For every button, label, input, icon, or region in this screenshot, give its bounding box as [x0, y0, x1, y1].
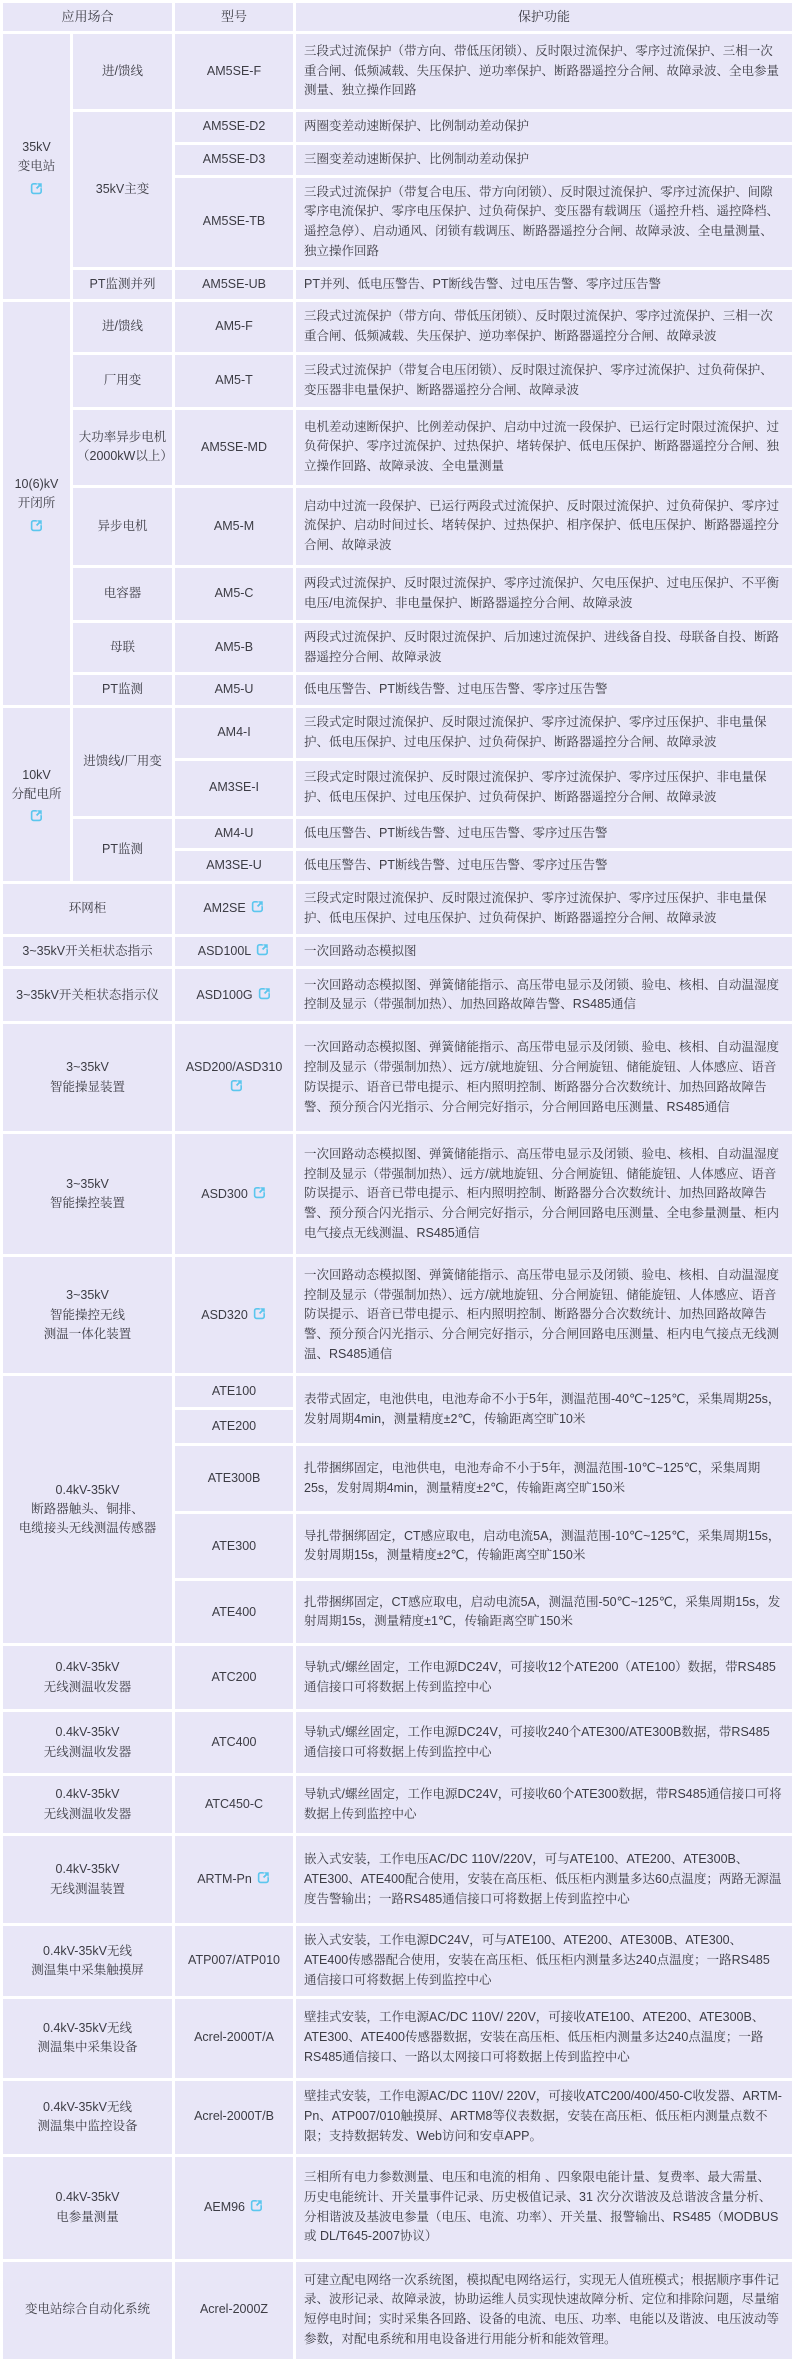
external-link-icon[interactable]: [250, 899, 265, 914]
function-cell: 三段式过流保护（带复合电压闭锁）、反时限过流保护、零序过流保护、过负荷保护、变压…: [295, 353, 792, 408]
application-subcell: 电容器: [72, 566, 174, 621]
model-cell: AM5SE-TB: [174, 176, 295, 268]
external-link-icon[interactable]: [29, 181, 44, 196]
cell-text: AM5-M: [214, 519, 254, 533]
model-cell: ATE200: [174, 1409, 295, 1445]
model-cell: ASD100L: [174, 935, 295, 968]
model-cell: AM5-M: [174, 486, 295, 566]
table-header-row: 应用场合 型号 保护功能: [2, 2, 792, 33]
application-cell: 35kV 变电站: [2, 33, 72, 301]
model-cell: ASD300: [174, 1133, 295, 1256]
function-cell: 壁挂式安装，工作电源AC/DC 110V/ 220V，可接收ATC200/400…: [295, 2079, 792, 2155]
table-row: 0.4kV-35kV 断路器触头、铜排、 电缆接头无线测温传感器ATE100表带…: [2, 1375, 792, 1409]
table-row: 大功率异步电机（2000kW以上）AM5SE-MD电机差动速断保护、比例差动保护…: [2, 408, 792, 486]
model-cell: ATP007/ATP010: [174, 1925, 295, 1997]
application-cell: 3~35kV 智能操控无线 测温一体化装置: [2, 1256, 174, 1375]
function-cell: 导扎带捆绑固定，CT感应取电，启动电流5A，测温范围-10℃~125℃，采集周期…: [295, 1513, 792, 1580]
cell-text: 三段式过流保护（带复合电压、带方向闭锁）、反时限过流保护、零序过流保护、间隙零序…: [304, 185, 779, 258]
table-row: 3~35kV开关柜状态指示ASD100L一次回路动态模拟图: [2, 935, 792, 968]
function-cell: PT并列、低电压警告、PT断线告警、过电压告警、零序过压告警: [295, 268, 792, 301]
cell-text: 0.4kV-35kV 无线测温收发器: [44, 1725, 132, 1758]
function-cell: 表带式固定，电池供电，电池寿命不小于5年，测温范围-40℃~125℃，采集周期2…: [295, 1375, 792, 1445]
cell-text: AM4-I: [217, 725, 250, 739]
model-cell: ATE100: [174, 1375, 295, 1409]
cell-text: 3~35kV 智能操显装置: [50, 1060, 125, 1093]
cell-text: 35kV主变: [96, 182, 150, 196]
application-cell: 10(6)kV 开闭所: [2, 301, 72, 707]
table-row: 3~35kV 智能操控装置ASD300一次回路动态模拟图、弹簧储能指示、高压带电…: [2, 1133, 792, 1256]
function-cell: 一次回路动态模拟图: [295, 935, 792, 968]
function-cell: 低电压警告、PT断线告警、过电压告警、零序过压告警: [295, 817, 792, 850]
cell-text: AM5SE-MD: [201, 440, 267, 454]
table-row: 35kV主变AM5SE-D2两圈变差动速断保护、比例制动差动保护: [2, 111, 792, 144]
function-cell: 三段式过流保护（带方向、带低压闭锁）、反时限过流保护、零序过流保护、三相一次重合…: [295, 301, 792, 354]
external-link-icon[interactable]: [252, 1306, 267, 1321]
cell-text: PT并列、低电压警告、PT断线告警、过电压告警、零序过压告警: [304, 277, 661, 291]
cell-text: 导轨式/螺丝固定，工作电源DC24V，可接收12个ATE200（ATE100）数…: [304, 1660, 776, 1694]
table-row: 0.4kV-35kV 无线测温收发器ATC200导轨式/螺丝固定，工作电源DC2…: [2, 1645, 792, 1711]
function-cell: 导轨式/螺丝固定，工作电源DC24V，可接收240个ATE300/ATE300B…: [295, 1711, 792, 1775]
model-cell: AM5-C: [174, 566, 295, 621]
cell-text: 3~35kV开关柜状态指示仪: [16, 988, 159, 1002]
cell-text: 表带式固定，电池供电，电池寿命不小于5年，测温范围-40℃~125℃，采集周期2…: [304, 1392, 780, 1426]
table-body: 35kV 变电站进/馈线AM5SE-F三段式过流保护（带方向、带低压闭锁）、反时…: [2, 33, 792, 2361]
cell-text: AM5SE-F: [207, 64, 261, 78]
table-row: PT监测AM5-U低电压警告、PT断线告警、过电压告警、零序过压告警: [2, 674, 792, 707]
model-cell: AM5SE-MD: [174, 408, 295, 486]
cell-text: 三段式定时限过流保护、反时限过流保护、零序过流保护、零序过压保护、非电量保护、低…: [304, 891, 767, 925]
cell-text: 扎带捆绑固定，电池供电，电池寿命不小于5年，测温范围-10℃~125℃，采集周期…: [304, 1461, 760, 1495]
application-cell: 3~35kV 智能操显装置: [2, 1023, 174, 1133]
function-cell: 扎带捆绑固定，电池供电，电池寿命不小于5年，测温范围-10℃~125℃，采集周期…: [295, 1445, 792, 1513]
model-cell: ARTM-Pn: [174, 1835, 295, 1925]
cell-text: AM5-C: [215, 586, 254, 600]
cell-text: 三段式过流保护（带方向、带低压闭锁）、反时限过流保护、零序过流保护、三相一次重合…: [304, 309, 773, 343]
table-row: 母联AM5-B两段式过流保护、反时限过流保护、后加速过流保护、进线备自投、母联备…: [2, 621, 792, 674]
cell-text: 嵌入式安装，工作电压AC/DC 110V/220V，可与ATE100、ATE20…: [304, 1852, 781, 1906]
cell-text: 0.4kV-35kV无线 测温集中采集触摸屏: [31, 1944, 144, 1977]
application-cell: 3~35kV开关柜状态指示: [2, 935, 174, 968]
function-cell: 两段式过流保护、反时限过流保护、后加速过流保护、进线备自投、母联备自投、断路器遥…: [295, 621, 792, 674]
cell-text: 嵌入式安装，工作电源DC24V，可与ATE100、ATE200、ATE300B、…: [304, 1933, 770, 1987]
application-cell: 0.4kV-35kV无线 测温集中监控设备: [2, 2079, 174, 2155]
cell-text: ATE300B: [208, 1471, 261, 1485]
cell-text: 3~35kV开关柜状态指示: [22, 944, 152, 958]
cell-text: 3~35kV 智能操控无线 测温一体化装置: [44, 1288, 132, 1341]
external-link-icon[interactable]: [255, 942, 270, 957]
function-cell: 三段式过流保护（带复合电压、带方向闭锁）、反时限过流保护、零序过流保护、间隙零序…: [295, 176, 792, 268]
cell-text: 异步电机: [98, 519, 148, 533]
model-cell: ATC200: [174, 1645, 295, 1711]
cell-text: ATC400: [212, 1735, 257, 1749]
table-row: 0.4kV-35kV 电参量测量AEM96三相所有电力参数测量、电压和电流的相角…: [2, 2155, 792, 2260]
cell-text: AM5-B: [215, 640, 253, 654]
cell-text: ATC450-C: [205, 1797, 263, 1811]
model-cell: ATC400: [174, 1711, 295, 1775]
cell-text: AM5-F: [215, 319, 253, 333]
table-row: 异步电机AM5-M启动中过流一段保护、已运行两段式过流保护、反时限过流保护、过负…: [2, 486, 792, 566]
cell-text: PT监测: [102, 842, 143, 856]
function-cell: 一次回路动态模拟图、弹簧储能指示、高压带电显示及闭锁、验电、核相、自动温湿度控制…: [295, 1133, 792, 1256]
function-cell: 扎带捆绑固定，CT感应取电，启动电流5A，测温范围-50℃~125℃，采集周期1…: [295, 1580, 792, 1645]
model-cell: AM5SE-D3: [174, 143, 295, 176]
model-cell: ATC450-C: [174, 1775, 295, 1835]
cell-text: ATE400: [212, 1605, 256, 1619]
cell-text: ATE300: [212, 1539, 256, 1553]
model-cell: ATE300B: [174, 1445, 295, 1513]
cell-text: AM3SE-I: [209, 780, 259, 794]
function-cell: 一次回路动态模拟图、弹簧储能指示、高压带电显示及闭锁、验电、核相、自动温湿度控制…: [295, 1023, 792, 1133]
application-cell: 0.4kV-35kV 无线测温收发器: [2, 1711, 174, 1775]
cell-text: ATE200: [212, 1419, 256, 1433]
model-cell: AM3SE-U: [174, 850, 295, 883]
application-subcell: 厂用变: [72, 353, 174, 408]
application-cell: 3~35kV开关柜状态指示仪: [2, 968, 174, 1023]
model-cell: ATE400: [174, 1580, 295, 1645]
cell-text: 三段式过流保护（带复合电压闭锁）、反时限过流保护、零序过流保护、过负荷保护、变压…: [304, 363, 773, 397]
cell-text: 电容器: [104, 586, 142, 600]
application-cell: 0.4kV-35kV 电参量测量: [2, 2155, 174, 2260]
cell-text: 一次回路动态模拟图、弹簧储能指示、高压带电显示及闭锁、验电、核相、自动温湿度控制…: [304, 1147, 779, 1240]
cell-text: AM4-U: [215, 826, 254, 840]
function-cell: 可建立配电网络一次系统图，模拟配电网络运行，实现无人值班模式；根据顺序事件记录、…: [295, 2260, 792, 2360]
cell-text: 扎带捆绑固定，CT感应取电，启动电流5A，测温范围-50℃~125℃，采集周期1…: [304, 1595, 780, 1629]
model-cell: Acrel-2000T/B: [174, 2079, 295, 2155]
external-link-icon[interactable]: [229, 1078, 244, 1093]
cell-text: 10(6)kV 开闭所: [15, 477, 59, 510]
cell-text: 进/馈线: [102, 319, 143, 333]
table-row: 0.4kV-35kV无线 测温集中采集触摸屏ATP007/ATP010嵌入式安装…: [2, 1925, 792, 1997]
cell-text: 低电压警告、PT断线告警、过电压告警、零序过压告警: [304, 826, 607, 840]
table-row: 厂用变AM5-T三段式过流保护（带复合电压闭锁）、反时限过流保护、零序过流保护、…: [2, 353, 792, 408]
model-cell: Acrel-2000T/A: [174, 1997, 295, 2079]
cell-text: 壁挂式安装，工作电源AC/DC 110V/ 220V，可接收ATE100、ATE…: [304, 2010, 764, 2064]
model-cell: AM5-B: [174, 621, 295, 674]
table-row: 0.4kV-35kV无线 测温集中采集设备Acrel-2000T/A壁挂式安装，…: [2, 1997, 792, 2079]
application-subcell: 进馈线/厂用变: [72, 707, 174, 818]
cell-text: 一次回路动态模拟图、弹簧储能指示、高压带电显示及闭锁、验电、核相、自动温湿度控制…: [304, 1268, 779, 1361]
application-cell: 0.4kV-35kV 无线测温收发器: [2, 1645, 174, 1711]
model-cell: AM4-U: [174, 817, 295, 850]
model-cell: ASD100G: [174, 968, 295, 1023]
cell-text: 两段式过流保护、反时限过流保护、零序过流保护、欠电压保护、过电压保护、不平衡电压…: [304, 576, 779, 610]
function-cell: 导轨式/螺丝固定，工作电源DC24V，可接收12个ATE200（ATE100）数…: [295, 1645, 792, 1711]
model-cell: ATE300: [174, 1513, 295, 1580]
header-functions: 保护功能: [295, 2, 792, 33]
table-row: 变电站综合自动化系统Acrel-2000Z可建立配电网络一次系统图，模拟配电网络…: [2, 2260, 792, 2360]
table-row: 环网柜AM2SE三段式定时限过流保护、反时限过流保护、零序过流保护、零序过压保护…: [2, 883, 792, 936]
cell-text: 环网柜: [69, 901, 107, 915]
cell-text: ATP007/ATP010: [188, 1953, 280, 1967]
external-link-icon[interactable]: [249, 2198, 264, 2213]
function-cell: 嵌入式安装，工作电压AC/DC 110V/220V，可与ATE100、ATE20…: [295, 1835, 792, 1925]
cell-text: AM2SE: [203, 901, 245, 915]
cell-text: 0.4kV-35kV 无线测温收发器: [44, 1787, 132, 1820]
table-row: 3~35kV 智能操控无线 测温一体化装置ASD320一次回路动态模拟图、弹簧储…: [2, 1256, 792, 1375]
model-cell: AEM96: [174, 2155, 295, 2260]
model-cell: AM5SE-UB: [174, 268, 295, 301]
function-cell: 三段式定时限过流保护、反时限过流保护、零序过流保护、零序过压保护、非电量保护、低…: [295, 759, 792, 817]
application-cell: 0.4kV-35kV 无线测温收发器: [2, 1775, 174, 1835]
table-row: 0.4kV-35kV无线 测温集中监控设备Acrel-2000T/B壁挂式安装，…: [2, 2079, 792, 2155]
cell-text: PT监测并列: [90, 277, 156, 291]
table-row: 3~35kV 智能操显装置ASD200/ASD310一次回路动态模拟图、弹簧储能…: [2, 1023, 792, 1133]
cell-text: AM5SE-TB: [203, 214, 266, 228]
application-subcell: PT监测: [72, 674, 174, 707]
external-link-icon[interactable]: [257, 986, 272, 1001]
model-cell: AM5-F: [174, 301, 295, 354]
cell-text: 三段式定时限过流保护、反时限过流保护、零序过流保护、零序过压保护、非电量保护、低…: [304, 770, 767, 804]
application-cell: 变电站综合自动化系统: [2, 2260, 174, 2360]
cell-text: 三圈变差动速断保护、比例制动差动保护: [304, 152, 529, 166]
function-cell: 嵌入式安装，工作电源DC24V，可与ATE100、ATE200、ATE300B、…: [295, 1925, 792, 1997]
application-subcell: 35kV主变: [72, 111, 174, 269]
cell-text: PT监测: [102, 682, 143, 696]
function-cell: 壁挂式安装，工作电源AC/DC 110V/ 220V，可接收ATE100、ATE…: [295, 1997, 792, 2079]
external-link-icon[interactable]: [29, 518, 44, 533]
model-cell: Acrel-2000Z: [174, 2260, 295, 2360]
cell-text: 导轨式/螺丝固定，工作电源DC24V，可接收60个ATE300数据，带RS485…: [304, 1787, 782, 1821]
application-subcell: 大功率异步电机（2000kW以上）: [72, 408, 174, 486]
table-row: 10kV 分配电所进馈线/厂用变AM4-I三段式定时限过流保护、反时限过流保护、…: [2, 707, 792, 760]
application-cell: 0.4kV-35kV无线 测温集中采集设备: [2, 1997, 174, 2079]
cell-text: 三段式定时限过流保护、反时限过流保护、零序过流保护、零序过压保护、非电量保护、低…: [304, 715, 767, 749]
cell-text: 低电压警告、PT断线告警、过电压告警、零序过压告警: [304, 682, 607, 696]
application-subcell: 进/馈线: [72, 301, 174, 354]
table-row: 10(6)kV 开闭所进/馈线AM5-F三段式过流保护（带方向、带低压闭锁）、反…: [2, 301, 792, 354]
function-cell: 低电压警告、PT断线告警、过电压告警、零序过压告警: [295, 850, 792, 883]
cell-text: Acrel-2000T/A: [194, 2030, 274, 2044]
cell-text: Acrel-2000T/B: [194, 2109, 274, 2123]
model-cell: AM3SE-I: [174, 759, 295, 817]
function-cell: 三圈变差动速断保护、比例制动差动保护: [295, 143, 792, 176]
cell-text: ASD320: [201, 1308, 248, 1322]
application-cell: 环网柜: [2, 883, 174, 936]
function-cell: 两圈变差动速断保护、比例制动差动保护: [295, 111, 792, 144]
cell-text: AM5-T: [215, 373, 253, 387]
table-row: 35kV 变电站进/馈线AM5SE-F三段式过流保护（带方向、带低压闭锁）、反时…: [2, 33, 792, 111]
table-row: 0.4kV-35kV 无线测温收发器ATC400导轨式/螺丝固定，工作电源DC2…: [2, 1711, 792, 1775]
function-cell: 三段式定时限过流保护、反时限过流保护、零序过流保护、零序过压保护、非电量保护、低…: [295, 707, 792, 760]
cell-text: 两圈变差动速断保护、比例制动差动保护: [304, 119, 529, 133]
model-cell: AM5SE-F: [174, 33, 295, 111]
application-subcell: 进/馈线: [72, 33, 174, 111]
cell-text: 电机差动速断保护、比例差动保护、启动中过流一段保护、已运行定时限过流保护、过负荷…: [304, 420, 779, 474]
product-selection-table: 应用场合 型号 保护功能 35kV 变电站进/馈线AM5SE-F三段式过流保护（…: [0, 0, 792, 2362]
cell-text: 0.4kV-35kV 电参量测量: [56, 2190, 120, 2223]
function-cell: 电机差动速断保护、比例差动保护、启动中过流一段保护、已运行定时限过流保护、过负荷…: [295, 408, 792, 486]
external-link-icon[interactable]: [256, 1870, 271, 1885]
cell-text: AM5SE-D3: [203, 152, 266, 166]
cell-text: 启动中过流一段保护、已运行两段式过流保护、反时限过流保护、过负荷保护、零序过流保…: [304, 499, 779, 553]
cell-text: ASD100L: [198, 944, 252, 958]
cell-text: 厂用变: [104, 373, 142, 387]
cell-text: 大功率异步电机（2000kW以上）: [77, 430, 173, 463]
function-cell: 启动中过流一段保护、已运行两段式过流保护、反时限过流保护、过负荷保护、零序过流保…: [295, 486, 792, 566]
model-cell: AM5-T: [174, 353, 295, 408]
cell-text: 进/馈线: [102, 64, 143, 78]
cell-text: 一次回路动态模拟图、弹簧储能指示、高压带电显示及闭锁、验电、核相、自动温湿度控制…: [304, 978, 779, 1012]
cell-text: 两段式过流保护、反时限过流保护、后加速过流保护、进线备自投、母联备自投、断路器遥…: [304, 630, 779, 664]
table-row: 0.4kV-35kV 无线测温收发器ATC450-C导轨式/螺丝固定，工作电源D…: [2, 1775, 792, 1835]
cell-text: AM5SE-D2: [203, 119, 266, 133]
application-subcell: 母联: [72, 621, 174, 674]
cell-text: ASD100G: [196, 988, 252, 1002]
function-cell: 三相所有电力参数测量、电压和电流的相角 、四象限电能计量、复费率、最大需量、历史…: [295, 2155, 792, 2260]
external-link-icon[interactable]: [29, 808, 44, 823]
cell-text: ARTM-Pn: [197, 1872, 252, 1886]
cell-text: AM3SE-U: [206, 858, 262, 872]
cell-text: AM5SE-UB: [202, 277, 266, 291]
application-cell: 3~35kV 智能操控装置: [2, 1133, 174, 1256]
cell-text: 三相所有电力参数测量、电压和电流的相角 、四象限电能计量、复费率、最大需量、历史…: [304, 2170, 778, 2243]
cell-text: 0.4kV-35kV 无线测温收发器: [44, 1660, 132, 1693]
model-cell: ASD200/ASD310: [174, 1023, 295, 1133]
cell-text: 变电站综合自动化系统: [25, 2302, 150, 2316]
function-cell: 导轨式/螺丝固定，工作电源DC24V，可接收60个ATE300数据，带RS485…: [295, 1775, 792, 1835]
model-cell: AM5SE-D2: [174, 111, 295, 144]
header-model: 型号: [174, 2, 295, 33]
cell-text: 0.4kV-35kV 无线测温装置: [50, 1862, 125, 1895]
cell-text: ATE100: [212, 1384, 256, 1398]
model-cell: AM5-U: [174, 674, 295, 707]
application-subcell: PT监测并列: [72, 268, 174, 301]
application-cell: 0.4kV-35kV无线 测温集中采集触摸屏: [2, 1925, 174, 1997]
cell-text: 一次回路动态模拟图: [304, 944, 417, 958]
application-cell: 0.4kV-35kV 无线测温装置: [2, 1835, 174, 1925]
cell-text: 3~35kV 智能操控装置: [50, 1177, 125, 1210]
cell-text: 导轨式/螺丝固定，工作电源DC24V，可接收240个ATE300/ATE300B…: [304, 1725, 770, 1759]
table-row: PT监测并列AM5SE-UBPT并列、低电压警告、PT断线告警、过电压告警、零序…: [2, 268, 792, 301]
table-row: 3~35kV开关柜状态指示仪ASD100G一次回路动态模拟图、弹簧储能指示、高压…: [2, 968, 792, 1023]
cell-text: 母联: [110, 640, 135, 654]
cell-text: 导扎带捆绑固定，CT感应取电，启动电流5A，测温范围-10℃~125℃，采集周期…: [304, 1529, 780, 1563]
function-cell: 三段式过流保护（带方向、带低压闭锁）、反时限过流保护、零序过流保护、三相一次重合…: [295, 33, 792, 111]
cell-text: ATC200: [212, 1670, 257, 1684]
function-cell: 两段式过流保护、反时限过流保护、零序过流保护、欠电压保护、过电压保护、不平衡电压…: [295, 566, 792, 621]
cell-text: 进馈线/厂用变: [83, 754, 161, 768]
cell-text: 低电压警告、PT断线告警、过电压告警、零序过压告警: [304, 858, 607, 872]
table-row: 电容器AM5-C两段式过流保护、反时限过流保护、零序过流保护、欠电压保护、过电压…: [2, 566, 792, 621]
cell-text: 0.4kV-35kV无线 测温集中采集设备: [38, 2021, 138, 2054]
table-row: 0.4kV-35kV 无线测温装置ARTM-Pn嵌入式安装，工作电压AC/DC …: [2, 1835, 792, 1925]
cell-text: 0.4kV-35kV 断路器触头、铜排、 电缆接头无线测温传感器: [19, 1483, 157, 1536]
external-link-icon[interactable]: [252, 1185, 267, 1200]
application-subcell: 异步电机: [72, 486, 174, 566]
cell-text: ASD300: [201, 1187, 248, 1201]
cell-text: ASD200/ASD310: [186, 1060, 283, 1074]
cell-text: AM5-U: [215, 682, 254, 696]
application-cell: 10kV 分配电所: [2, 707, 72, 883]
function-cell: 一次回路动态模拟图、弹簧储能指示、高压带电显示及闭锁、验电、核相、自动温湿度控制…: [295, 968, 792, 1023]
function-cell: 三段式定时限过流保护、反时限过流保护、零序过流保护、零序过压保护、非电量保护、低…: [295, 883, 792, 936]
application-subcell: PT监测: [72, 817, 174, 883]
cell-text: 三段式过流保护（带方向、带低压闭锁）、反时限过流保护、零序过流保护、三相一次重合…: [304, 44, 779, 98]
cell-text: 10kV 分配电所: [11, 768, 61, 801]
cell-text: 壁挂式安装，工作电源AC/DC 110V/ 220V，可接收ATC200/400…: [304, 2089, 782, 2143]
cell-text: 35kV 变电站: [18, 140, 56, 173]
cell-text: 可建立配电网络一次系统图，模拟配电网络运行，实现无人值班模式；根据顺序事件记录、…: [304, 2273, 779, 2346]
cell-text: AEM96: [204, 2200, 245, 2214]
model-cell: AM2SE: [174, 883, 295, 936]
model-cell: AM4-I: [174, 707, 295, 760]
function-cell: 低电压警告、PT断线告警、过电压告警、零序过压告警: [295, 674, 792, 707]
cell-text: 一次回路动态模拟图、弹簧储能指示、高压带电显示及闭锁、验电、核相、自动温湿度控制…: [304, 1040, 779, 1113]
model-cell: ASD320: [174, 1256, 295, 1375]
table-row: PT监测AM4-U低电压警告、PT断线告警、过电压告警、零序过压告警: [2, 817, 792, 850]
cell-text: Acrel-2000Z: [200, 2302, 268, 2316]
application-cell: 0.4kV-35kV 断路器触头、铜排、 电缆接头无线测温传感器: [2, 1375, 174, 1645]
header-application: 应用场合: [2, 2, 174, 33]
function-cell: 一次回路动态模拟图、弹簧储能指示、高压带电显示及闭锁、验电、核相、自动温湿度控制…: [295, 1256, 792, 1375]
cell-text: 0.4kV-35kV无线 测温集中监控设备: [38, 2100, 138, 2133]
